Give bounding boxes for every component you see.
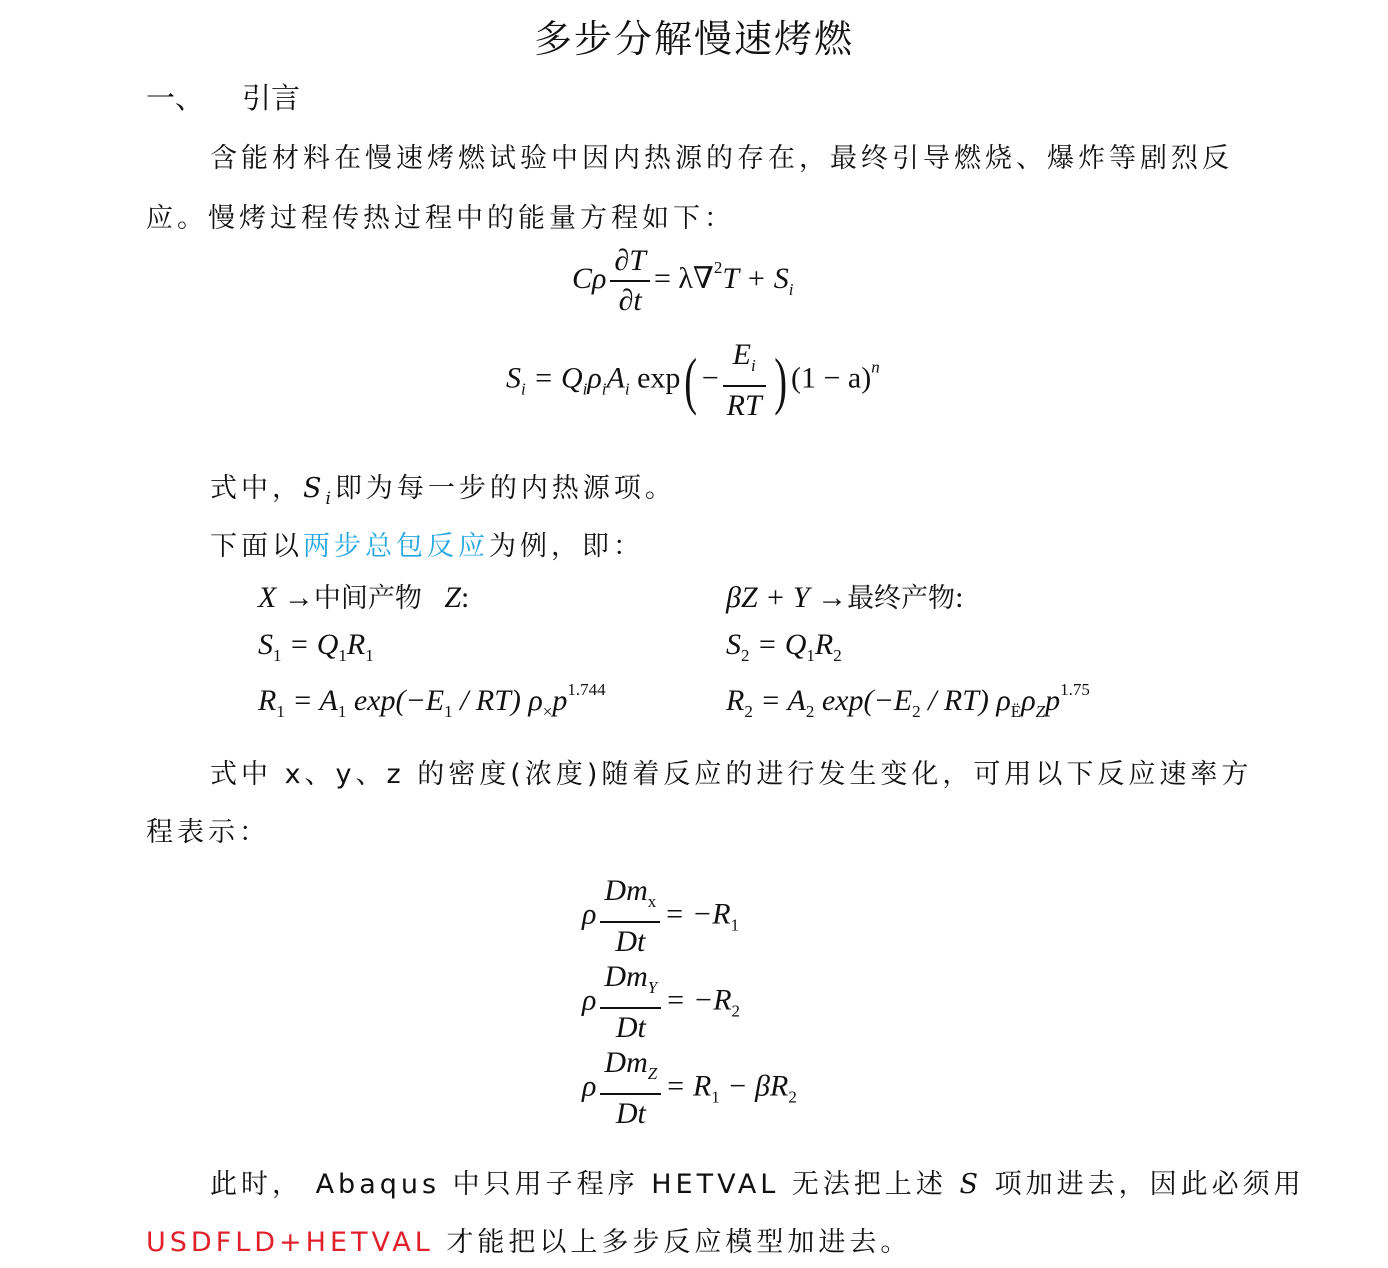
example-line: 下面以两步总包反应为例，即： bbox=[210, 524, 644, 563]
step2-reaction: βZ + Y →最终产物: bbox=[726, 576, 963, 615]
denominator: Dt bbox=[600, 923, 660, 961]
subscript: i bbox=[521, 379, 526, 398]
subscript: 2 bbox=[744, 702, 753, 721]
symbol: S bbox=[960, 1169, 983, 1200]
eq-term: R bbox=[726, 684, 744, 717]
rate-equation-y: ρDmYDt= −R2 bbox=[582, 958, 740, 1047]
subscript: Z bbox=[648, 1064, 657, 1083]
subscript: 1 bbox=[731, 915, 740, 934]
eq-term: S bbox=[506, 361, 521, 394]
superscript: n bbox=[871, 357, 880, 376]
subscript: 2 bbox=[806, 702, 815, 721]
eq-term: = −R bbox=[664, 897, 730, 930]
eq-term: ρ bbox=[587, 361, 601, 394]
fraction: ∂T∂t bbox=[610, 242, 650, 320]
left-paren: ( bbox=[685, 344, 698, 418]
eq-term: S bbox=[258, 628, 273, 661]
text: 才能把以上多步反应模型加进去。 bbox=[434, 1227, 912, 1258]
eq-term: Dm bbox=[604, 1046, 647, 1079]
highlight-link[interactable]: 两步总包反应 bbox=[303, 531, 489, 562]
subscript: i bbox=[751, 356, 756, 375]
highlight-text: USDFLD+HETVAL bbox=[146, 1227, 434, 1258]
eq-term: = −R bbox=[665, 983, 731, 1016]
subscript: 2 bbox=[912, 702, 921, 721]
energy-equation: Cρ∂T∂t= λ∇2T + Si bbox=[572, 242, 793, 320]
document-title: 多步分解慢速烤燃 bbox=[0, 8, 1388, 63]
rate-equation-z: ρDmZDt= R1 − βR2 bbox=[582, 1044, 797, 1133]
fraction: DmxDt bbox=[600, 872, 660, 961]
eq-term: ρ bbox=[582, 1069, 596, 1102]
density-paragraph-line1: 式中 x、y、z 的密度(浓度)随着反应的进行发生变化，可用以下反应速率方 bbox=[210, 752, 1252, 791]
final-paragraph-line2: USDFLD+HETVAL 才能把以上多步反应模型加进去。 bbox=[146, 1220, 911, 1259]
eq-term: R bbox=[347, 628, 365, 661]
arrow-icon: → bbox=[284, 581, 314, 614]
eq-term: − bbox=[702, 361, 719, 394]
denominator: Dt bbox=[600, 1009, 661, 1047]
eq-term: : bbox=[955, 581, 963, 614]
subscript: 2 bbox=[732, 1001, 741, 1020]
subscript: 1 bbox=[444, 702, 453, 721]
eq-term: exp(−E bbox=[354, 684, 444, 717]
eq-term: Cρ bbox=[572, 262, 606, 295]
subscript: × bbox=[543, 702, 553, 721]
denominator: ∂t bbox=[610, 282, 650, 320]
subscript: 1 bbox=[365, 646, 374, 665]
step2-r-equation: R2 = A2 exp(−E2 / RT) ρËρZp1.75 bbox=[726, 680, 1090, 722]
subscript: 2 bbox=[788, 1087, 797, 1106]
eq-term: = A bbox=[760, 684, 806, 717]
eq-term: / RT) ρ bbox=[921, 684, 1011, 717]
intro-paragraph-line2: 应。慢烤过程传热过程中的能量方程如下： bbox=[146, 196, 735, 235]
eq-term: / RT) ρ bbox=[453, 684, 543, 717]
eq-term: Dm bbox=[604, 874, 647, 907]
subscript: Z bbox=[1036, 702, 1045, 721]
eq-term: = Q bbox=[289, 628, 338, 661]
numerator: Ei bbox=[723, 336, 766, 387]
subscript: 1 bbox=[338, 646, 347, 665]
source-equation: Si = QiρiAi exp(−EiRT)(1 − a)n bbox=[506, 336, 880, 425]
step1-reaction: X →中间产物 Z: bbox=[258, 576, 469, 615]
numerator: ∂T bbox=[610, 242, 650, 282]
eq-term: = Q bbox=[533, 361, 582, 394]
eq-term: T + S bbox=[722, 262, 788, 295]
eq-term: ρ bbox=[582, 983, 596, 1016]
eq-term: ρ bbox=[582, 897, 596, 930]
text: 即为每一步的内热源项。 bbox=[335, 473, 676, 504]
eq-term: = R bbox=[665, 1069, 711, 1102]
symbol: S bbox=[303, 473, 326, 504]
eq-text: 最终产物 bbox=[847, 583, 955, 614]
eq-term: X bbox=[258, 581, 276, 614]
eq-term: exp bbox=[637, 361, 680, 394]
eq-term: p bbox=[552, 684, 567, 717]
eq-term: βZ + Y bbox=[726, 581, 810, 614]
eq-term: E bbox=[733, 338, 751, 371]
text: 下面以 bbox=[210, 531, 303, 562]
arrow-icon: → bbox=[817, 581, 847, 614]
section-heading: 一、引言 bbox=[146, 76, 300, 117]
denominator: Dt bbox=[600, 1095, 661, 1133]
subscript: Ë bbox=[1011, 702, 1021, 721]
si-note: 式中，Si即为每一步的内热源项。 bbox=[210, 466, 676, 509]
section-title: 引言 bbox=[242, 81, 300, 115]
subscript: i bbox=[789, 280, 794, 299]
eq-term: = A bbox=[292, 684, 338, 717]
eq-term: − βR bbox=[720, 1069, 789, 1102]
eq-term: ρ bbox=[1021, 684, 1035, 717]
subscript: 2 bbox=[741, 646, 750, 665]
subscript: 2 bbox=[833, 646, 842, 665]
fraction: DmYDt bbox=[600, 958, 661, 1047]
eq-term: Z bbox=[444, 581, 461, 614]
text: 式中， bbox=[210, 473, 303, 504]
intro-paragraph-line1: 含能材料在慢速烤燃试验中因内热源的存在，最终引导燃烧、爆炸等剧烈反 bbox=[210, 136, 1233, 175]
eq-term: A bbox=[607, 361, 625, 394]
numerator: DmY bbox=[600, 958, 661, 1009]
section-number: 一、 bbox=[146, 76, 242, 117]
subscript: 1 bbox=[273, 646, 282, 665]
eq-term: R bbox=[815, 628, 833, 661]
eq-term: = λ∇ bbox=[654, 262, 714, 295]
numerator: Dmx bbox=[600, 872, 660, 923]
subscript: i bbox=[326, 489, 335, 509]
subscript: i bbox=[625, 379, 630, 398]
subscript: 1 bbox=[276, 702, 285, 721]
eq-term: S bbox=[726, 628, 741, 661]
fraction: DmZDt bbox=[600, 1044, 661, 1133]
eq-term: p bbox=[1045, 684, 1060, 717]
eq-term: Dm bbox=[604, 960, 647, 993]
right-paren: ) bbox=[774, 344, 787, 418]
subscript: 1 bbox=[711, 1087, 720, 1106]
denominator: RT bbox=[723, 387, 766, 425]
superscript: 1.744 bbox=[567, 680, 605, 699]
text: 为例，即： bbox=[489, 531, 644, 562]
fraction: EiRT bbox=[723, 336, 766, 425]
step1-r-equation: R1 = A1 exp(−E1 / RT) ρ×p1.744 bbox=[258, 680, 606, 722]
subscript: 1 bbox=[806, 646, 815, 665]
eq-term: exp(−E bbox=[822, 684, 912, 717]
text: 项加进去，因此必须用 bbox=[982, 1169, 1305, 1200]
eq-term: R bbox=[258, 684, 276, 717]
subscript: x bbox=[648, 892, 657, 911]
eq-text: 中间产物 bbox=[314, 583, 422, 614]
rate-equation-x: ρDmxDt= −R1 bbox=[582, 872, 739, 961]
subscript: 1 bbox=[338, 702, 347, 721]
subscript: Y bbox=[648, 978, 657, 997]
final-paragraph-line1: 此时， Abaqus 中只用子程序 HETVAL 无法把上述 S 项加进去，因此… bbox=[210, 1162, 1305, 1201]
superscript: 1.75 bbox=[1060, 680, 1090, 699]
eq-term: = Q bbox=[757, 628, 806, 661]
step2-s-equation: S2 = Q1R2 bbox=[726, 628, 842, 666]
density-paragraph-line2: 程表示： bbox=[146, 810, 270, 849]
text: 此时， Abaqus 中只用子程序 HETVAL 无法把上述 bbox=[210, 1169, 960, 1200]
eq-term: : bbox=[461, 581, 469, 614]
step1-s-equation: S1 = Q1R1 bbox=[258, 628, 374, 666]
eq-term: (1 − a) bbox=[791, 361, 871, 394]
numerator: DmZ bbox=[600, 1044, 661, 1095]
